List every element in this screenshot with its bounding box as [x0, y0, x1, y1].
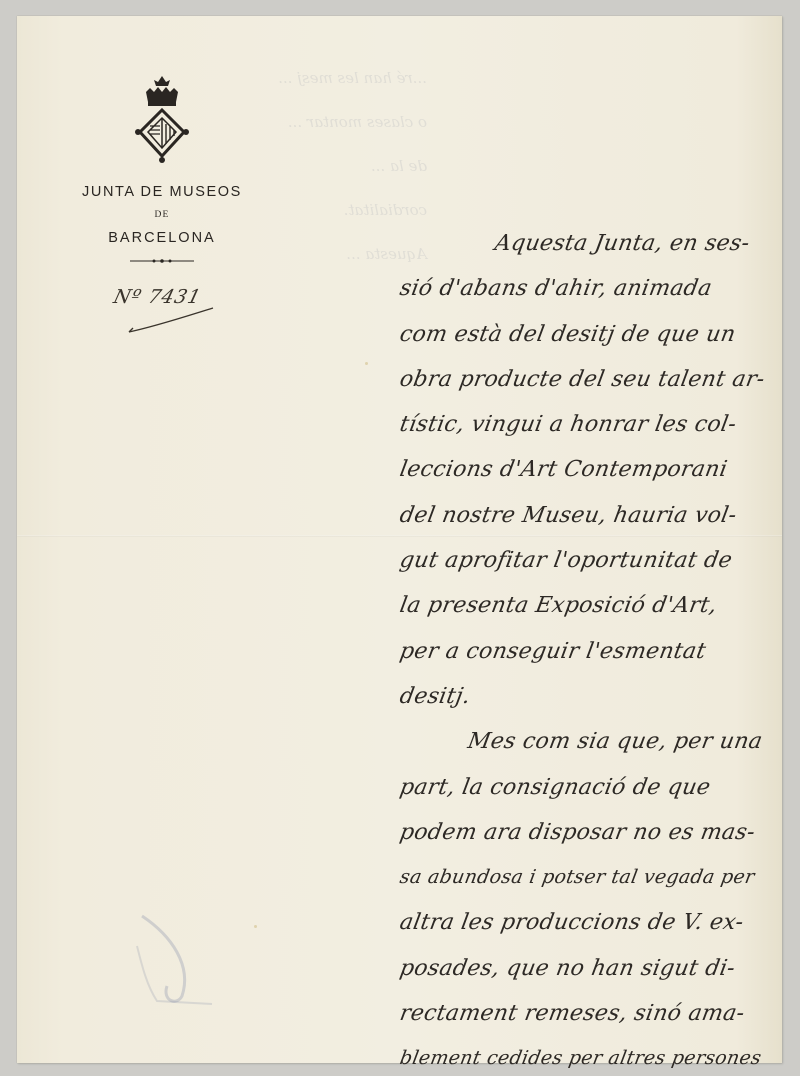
body-line: obra producte del seu talent ar- [396, 357, 796, 402]
body-line: com està del desitj de que un [396, 312, 796, 357]
reference-number: Nº 7431 [111, 286, 203, 308]
body-line: tístic, vingui a honrar les col- [396, 402, 796, 447]
body-line: posades, que no han sigut di- [396, 946, 796, 991]
letterhead: JUNTA DE MUSEOS DE BARCELONA [57, 74, 267, 264]
body-line: Mes com sia que, per una [396, 719, 796, 764]
body-line: part, la consignació de que [396, 765, 796, 810]
bleed-through-signature-icon [132, 906, 222, 1016]
flourish-underline-icon [127, 306, 217, 336]
letterhead-preposition: DE [57, 210, 267, 220]
body-line: gut aprofitar l'oportunitat de [396, 538, 796, 583]
letterhead-city: BARCELONA [57, 230, 267, 246]
body-line: altra les produccions de V. ex- [396, 900, 796, 945]
letter-page: ...ré han les mesj ... o clases montar .… [17, 16, 782, 1063]
body-line: Aquesta Junta, en ses- [396, 221, 796, 266]
body-line: per a conseguir l'esmentat [396, 629, 796, 674]
body-line: leccions d'Art Contemporani [396, 447, 796, 492]
ornament-rule-icon [130, 258, 194, 264]
letter-body: Aquesta Junta, en ses- sió d'abans d'ahi… [400, 221, 792, 1076]
paper-stain [365, 362, 368, 365]
body-line: sa abundosa i potser tal vegada per [396, 855, 796, 900]
body-line: del nostre Museu, hauria vol- [396, 493, 796, 538]
coat-of-arms-icon [132, 74, 192, 170]
body-line: rectament remeses, sinó ama- [396, 991, 796, 1036]
paper-stain [254, 925, 257, 928]
body-line: sió d'abans d'ahir, animada [396, 266, 796, 311]
body-line: podem ara disposar no es mas- [396, 810, 796, 855]
letterhead-title: JUNTA DE MUSEOS [57, 184, 267, 200]
body-line: la presenta Exposició d'Art, [396, 583, 796, 628]
body-line: blement cedides per altres persones [396, 1036, 796, 1076]
body-line: desitj. [396, 674, 796, 719]
